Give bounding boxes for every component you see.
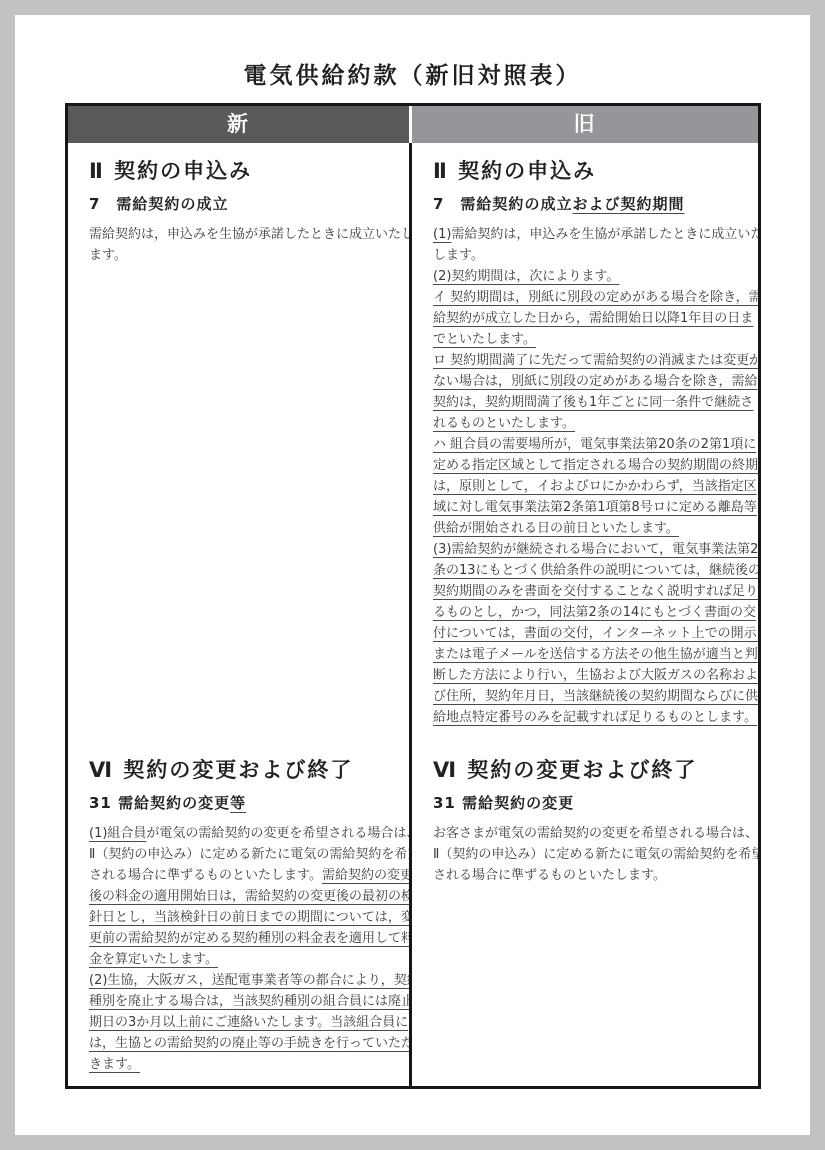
body-line: (3)需給契約が継続される場合において，電気事業法第2: [433, 539, 746, 560]
body-line: される場合に準ずるものといたします。: [433, 865, 746, 886]
underlined-text-segment: 条の13にもとづく供給条件の説明については，継続後の: [433, 563, 758, 578]
body-line: 期日の3か月以上前にご連絡いたします。当該組合員に: [89, 1012, 397, 1033]
underlined-text-segment: 後の料金の適用開始日は，需給契約の変更後の最初の検: [89, 889, 412, 904]
body-line: 付については，書面の交付，インターネット上での開示，: [433, 623, 746, 644]
body-line: は，生協との需給契約の廃止等の手続きを行っていただ: [89, 1033, 397, 1054]
text-segment: ます。: [89, 248, 127, 263]
body-line: び住所，契約年月日，当該継続後の契約期間ならびに供: [433, 686, 746, 707]
underlined-text-segment: イ 契約期間は，別紙に別段の定めがある場合を除き，需: [433, 290, 758, 305]
text-segment: Ⅱ（契約の申込み）に定める新たに電気の需給契約を希望: [89, 847, 412, 862]
text-segment: 需給契約は，申込みを生協が承諾したときに成立いたし: [89, 227, 412, 242]
underlined-text-segment: ない場合は，別紙に別段の定めがある場合を除き，需給: [433, 374, 757, 389]
body-line: ない場合は，別紙に別段の定めがある場合を除き，需給: [433, 371, 746, 392]
body-line: 契約は，契約期間満了後も1年ごとに同一条件で継続さ: [433, 392, 746, 413]
underlined-text-segment: または電子メールを送信する方法その他生協が適当と判: [433, 647, 758, 662]
body-line: 後の料金の適用開始日は，需給契約の変更後の最初の検: [89, 886, 397, 907]
underlined-text-segment: および契約期間: [572, 195, 684, 213]
text-segment: します。: [433, 248, 484, 263]
section-heading: Ⅱ 契約の申込み: [433, 158, 746, 184]
body-line: 針日とし，当該検針日の前日までの期間については，変: [89, 907, 397, 928]
section-body: (1)組合員が電気の需給契約の変更を希望される場合は、Ⅱ（契約の申込み）に定める…: [89, 823, 397, 1075]
body-line: れるものといたします。: [433, 413, 746, 434]
underlined-text-segment: 等: [230, 794, 246, 812]
text-segment: される場合に準ずるものといたします。: [89, 868, 322, 883]
underlined-text-segment: 付については，書面の交付，インターネット上での開示，: [433, 626, 758, 641]
underlined-text-segment: るものとし，かつ，同法第2条の14にもとづく書面の交: [433, 605, 756, 620]
underlined-text-segment: 給契約が成立した日から，需給開始日以降1年目の日ま: [433, 311, 753, 326]
subsection-heading: 7 需給契約の成立: [89, 193, 397, 215]
body-line: 断した方法により行い，生協および大阪ガスの名称およ: [433, 665, 746, 686]
section-body: (1)需給契約は，申込みを生協が承諾したときに成立いたします。(2)契約期間は，…: [433, 224, 746, 728]
body-line: ハ 組合員の需要場所が，電気事業法第20条の2第1項に: [433, 434, 746, 455]
body-line: 供給が開始される日の前日といたします。: [433, 518, 746, 539]
body-line: 条の13にもとづく供給条件の説明については，継続後の: [433, 560, 746, 581]
body-line: でといたします。: [433, 329, 746, 350]
underlined-text-segment: きます。: [89, 1057, 140, 1072]
text-segment: 需給契約は，申込みを生協が承諾したときに成立いた: [451, 227, 758, 242]
old-column-cell: Ⅱ 契約の申込み 7 需給契約の成立および契約期間 (1)需給契約は，申込みを生…: [412, 143, 758, 1086]
underlined-text-segment: 種別を廃止する場合は，当該契約種別の組合員には廃止: [89, 994, 412, 1009]
underlined-text-segment: れるものといたします。: [433, 416, 575, 431]
body-line: イ 契約期間は，別紙に別段の定めがある場合を除き，需: [433, 287, 746, 308]
body-line: (2)契約期間は，次によります。: [433, 266, 746, 287]
body-line: 更前の需給契約が定める契約種別の料金表を適用して料: [89, 928, 397, 949]
subsection-heading: 7 需給契約の成立および契約期間: [433, 193, 746, 215]
body-line: (1)需給契約は，申込みを生協が承諾したときに成立いた: [433, 224, 746, 245]
body-line: 給契約が成立した日から，需給開始日以降1年目の日ま: [433, 308, 746, 329]
body-line: 種別を廃止する場合は，当該契約種別の組合員には廃止: [89, 991, 397, 1012]
subsection-heading: 31 需給契約の変更等: [89, 792, 397, 814]
body-line: 域に対し電気事業法第2条第1項第8号ロに定める離島等: [433, 497, 746, 518]
underlined-text-segment: 更前の需給契約が定める契約種別の料金表を適用して料: [89, 931, 412, 946]
underlined-text-segment: (2)契約期間は，次によります。: [433, 269, 619, 284]
section-heading: Ⅱ 契約の申込み: [89, 158, 397, 184]
underlined-text-segment: ハ 組合員の需要場所が，電気事業法第20条の2第1項に: [433, 437, 756, 452]
underlined-text-segment: 契約期間のみを書面を交付することなく説明すれば足り: [433, 584, 758, 599]
underlined-text-segment: 金を算定いたします。: [89, 952, 218, 967]
text-segment: 7 需給契約の成立: [89, 195, 228, 213]
section-body: お客さまが電気の需給契約の変更を希望される場合は、Ⅱ（契約の申込み）に定める新た…: [433, 823, 746, 886]
body-line: される場合に準ずるものといたします。需給契約の変更: [89, 865, 397, 886]
body-line: るものとし，かつ，同法第2条の14にもとづく書面の交: [433, 602, 746, 623]
underlined-text-segment: 契約は，契約期間満了後も1年ごとに同一条件で継続さ: [433, 395, 753, 410]
body-line: または電子メールを送信する方法その他生協が適当と判: [433, 644, 746, 665]
body-line: 金を算定いたします。: [89, 949, 397, 970]
body-line: 需給契約は，申込みを生協が承諾したときに成立いたし: [89, 224, 397, 245]
text-segment: が電気の需給契約の変更を希望される場合は、: [146, 826, 412, 841]
document-page: 電気供給約款（新旧対照表） 新 旧 Ⅱ 契約の申込み 7 需給契約の成立 需給契…: [15, 15, 810, 1135]
old-section-change-termination: Ⅵ 契約の変更および終了 31 需給契約の変更 お客さまが電気の需給契約の変更を…: [433, 757, 746, 886]
underlined-text-segment: 給地点特定番号のみを記載すれば足りるものとします。: [433, 710, 757, 725]
text-segment: 31 需給契約の変更: [89, 794, 230, 812]
document-title: 電気供給約款（新旧対照表）: [15, 57, 810, 90]
body-line: (1)組合員が電気の需給契約の変更を希望される場合は、: [89, 823, 397, 844]
text-segment: される場合に準ずるものといたします。: [433, 868, 666, 883]
underlined-text-segment: (2)生協，大阪ガス，送配電事業者等の都合により，契約: [89, 973, 412, 988]
text-segment: 31 需給契約の変更: [433, 794, 574, 812]
section-heading: Ⅵ 契約の変更および終了: [433, 757, 746, 783]
underlined-text-segment: 供給が開始される日の前日といたします。: [433, 521, 679, 536]
underlined-text-segment: 期日の3か月以上前にご連絡いたします。当該組合員に: [89, 1015, 408, 1030]
underlined-text-segment: (1)組合員: [89, 826, 146, 841]
underlined-text-segment: ロ 契約期間満了に先だって需給契約の消滅または変更が: [433, 353, 758, 368]
underlined-text-segment: 需給契約の変更: [322, 868, 412, 883]
body-line: ます。: [89, 245, 397, 266]
body-line: Ⅱ（契約の申込み）に定める新たに電気の需給契約を希望: [433, 844, 746, 865]
text-segment: 7 需給契約の成立: [433, 195, 572, 213]
text-segment: Ⅱ（契約の申込み）に定める新たに電気の需給契約を希望: [433, 847, 758, 862]
new-column-cell: Ⅱ 契約の申込み 7 需給契約の成立 需給契約は，申込みを生協が承諾したときに成…: [68, 143, 412, 1086]
underlined-text-segment: 針日とし，当該検針日の前日までの期間については，変: [89, 910, 412, 925]
new-column-header: 新: [68, 106, 412, 143]
subsection-heading: 31 需給契約の変更: [433, 792, 746, 814]
body-line: お客さまが電気の需給契約の変更を希望される場合は、: [433, 823, 746, 844]
document-page-background: { "title": "電気供給約款（新旧対照表）", "colors": { …: [0, 0, 825, 1150]
underlined-text-segment: び住所，契約年月日，当該継続後の契約期間ならびに供: [433, 689, 758, 704]
body-line: 契約期間のみを書面を交付することなく説明すれば足り: [433, 581, 746, 602]
body-line: Ⅱ（契約の申込み）に定める新たに電気の需給契約を希望: [89, 844, 397, 865]
table-header-row: 新 旧: [68, 106, 758, 143]
body-line: 定める指定区域として指定される場合の契約期間の終期: [433, 455, 746, 476]
underlined-text-segment: 断した方法により行い，生協および大阪ガスの名称およ: [433, 668, 758, 683]
new-section-application: Ⅱ 契約の申込み 7 需給契約の成立 需給契約は，申込みを生協が承諾したときに成…: [89, 158, 397, 266]
body-line: します。: [433, 245, 746, 266]
underlined-text-segment: は，原則として，イおよびロにかかわらず，当該指定区: [433, 479, 757, 494]
underlined-text-segment: は，生協との需給契約の廃止等の手続きを行っていただ: [89, 1036, 412, 1051]
underlined-text-segment: 域に対し電気事業法第2条第1項第8号ロに定める離島等: [433, 500, 757, 515]
new-section-change-termination: Ⅵ 契約の変更および終了 31 需給契約の変更等 (1)組合員が電気の需給契約の…: [89, 757, 397, 1075]
body-line: (2)生協，大阪ガス，送配電事業者等の都合により，契約: [89, 970, 397, 991]
underlined-text-segment: 定める指定区域として指定される場合の契約期間の終期: [433, 458, 758, 473]
body-line: 給地点特定番号のみを記載すれば足りるものとします。: [433, 707, 746, 728]
text-segment: お客さまが電気の需給契約の変更を希望される場合は、: [433, 826, 758, 841]
body-line: きます。: [89, 1054, 397, 1075]
section-body: 需給契約は，申込みを生協が承諾したときに成立いたします。: [89, 224, 397, 266]
underlined-text-segment: (1): [433, 227, 451, 242]
body-line: は，原則として，イおよびロにかかわらず，当該指定区: [433, 476, 746, 497]
underlined-text-segment: (3)需給契約が継続される場合において，電気事業法第2: [433, 542, 758, 557]
comparison-table: 新 旧 Ⅱ 契約の申込み 7 需給契約の成立 需給契約は，申込みを生協が承諾した…: [65, 103, 761, 1089]
table-body-row: Ⅱ 契約の申込み 7 需給契約の成立 需給契約は，申込みを生協が承諾したときに成…: [68, 143, 758, 1086]
old-column-header: 旧: [412, 106, 758, 143]
section-heading: Ⅵ 契約の変更および終了: [89, 757, 397, 783]
body-line: ロ 契約期間満了に先だって需給契約の消滅または変更が: [433, 350, 746, 371]
old-section-application: Ⅱ 契約の申込み 7 需給契約の成立および契約期間 (1)需給契約は，申込みを生…: [433, 158, 746, 728]
underlined-text-segment: でといたします。: [433, 332, 536, 347]
